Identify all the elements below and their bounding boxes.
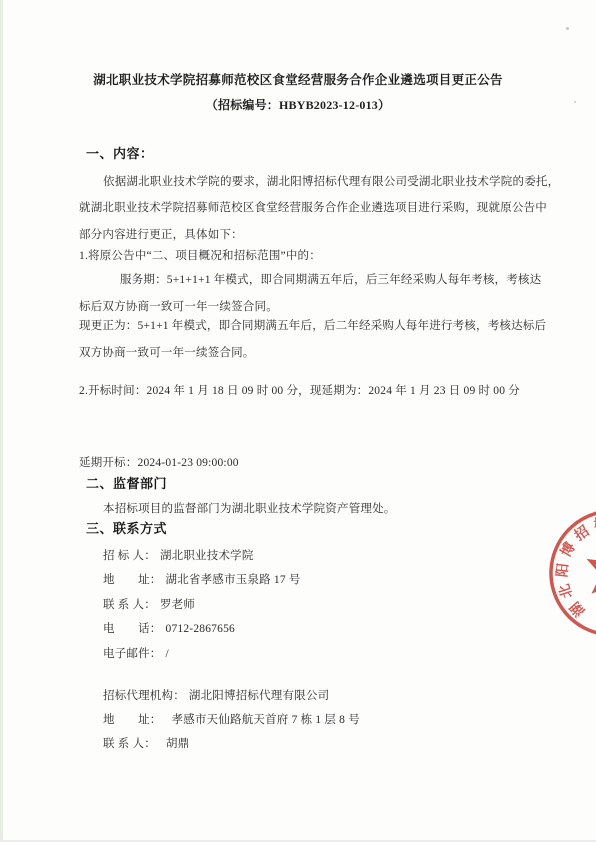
postponed-opening-time: 延期开标：2024-01-23 09:00:00 — [79, 455, 239, 471]
scan-edge-left — [0, 0, 3, 842]
section-heading-supervision: 二、监督部门 — [86, 476, 167, 492]
contact-row-address: 地 址：湖北省孝感市玉泉路 17 号 — [103, 572, 301, 588]
section-heading-content: 一、内容： — [86, 146, 154, 162]
paragraph-line: 依据湖北职业技术学院的要求，湖北阳博招标代理有限公司受湖北职业技术学院的委托， — [103, 174, 559, 190]
contact-value: 0712-2867656 — [166, 621, 235, 637]
tender-number: （招标编号：HBYB2023-12-013） — [0, 97, 596, 113]
contact-label: 电 话： — [103, 621, 162, 637]
corrected-clause-line: 双方协商一致可一年一续签合同。 — [79, 345, 255, 361]
agency-row-name: 招标代理机构：湖北阳博招标代理有限公司 — [103, 688, 329, 704]
contact-label: 电子邮件： — [103, 646, 162, 662]
document-title: 湖北职业技术学院招募师范校区食堂经营服务合作企业遴选项目更正公告 — [0, 72, 596, 88]
contact-value: 湖北职业技术学院 — [160, 548, 254, 564]
contact-label: 联 系 人： — [103, 597, 156, 613]
paragraph-line: 就湖北职业技术学院招募师范校区食堂经营服务合作企业遴选项目进行采购，现就原公告中 — [79, 200, 547, 216]
contact-value: 孝感市天仙路航天首府 7 栋 1 层 8 号 — [172, 712, 360, 728]
contact-label: 地 址： — [103, 712, 162, 728]
supervision-body: 本招标项目的监督部门为湖北职业技术学院资产管理处。 — [103, 501, 396, 517]
corrected-clause-line: 现更正为：5+1+1 年模式，即合同期满五年后，后二年经采购人每年进行考核，考核… — [79, 318, 546, 334]
contact-row-person: 联 系 人：罗老师 — [103, 597, 195, 613]
contact-row-email: 电子邮件：/ — [103, 646, 169, 662]
contact-value: 湖北阳博招标代理有限公司 — [189, 688, 329, 704]
contact-row-phone: 电 话：0712-2867656 — [103, 621, 235, 637]
original-clause-line: 服务期：5+1+1+1 年模式，即合同期满五年后，后三年经采购人每年考核，考核达 — [120, 272, 541, 288]
contact-label: 招 标 人： — [103, 548, 156, 564]
contact-row-tenderee: 招 标 人：湖北职业技术学院 — [103, 548, 254, 564]
paragraph-line: 部分内容进行更正，具体如下： — [79, 227, 243, 243]
contact-value: / — [166, 646, 169, 662]
scan-speck — [566, 27, 569, 30]
contact-value: 胡鼎 — [166, 736, 189, 752]
scanned-announcement-page: 湖北职业技术学院招募师范校区食堂经营服务合作企业遴选项目更正公告 （招标编号：H… — [0, 0, 596, 842]
correction-item-1: 1.将原公告中“二、项目概况和招标范围”中的： — [79, 248, 321, 264]
company-seal: 湖北阳博招标代理有限公司 42 — [543, 500, 596, 650]
contact-label: 联 系 人： — [103, 736, 156, 752]
original-clause-line: 标后双方协商一致可一年一续签合同。 — [79, 299, 278, 315]
contact-value: 罗老师 — [160, 597, 195, 613]
contact-value: 湖北省孝感市玉泉路 17 号 — [166, 572, 301, 588]
contact-label: 地 址： — [103, 572, 162, 588]
correction-item-2: 2.开标时间：2024 年 1 月 18 日 09 时 00 分，现延期为：20… — [79, 383, 520, 399]
agency-row-address: 地 址：孝感市天仙路航天首府 7 栋 1 层 8 号 — [103, 712, 360, 728]
section-heading-contact: 三、联系方式 — [86, 521, 167, 537]
agency-row-person: 联 系 人：胡鼎 — [103, 736, 189, 752]
contact-label: 招标代理机构： — [103, 688, 185, 704]
